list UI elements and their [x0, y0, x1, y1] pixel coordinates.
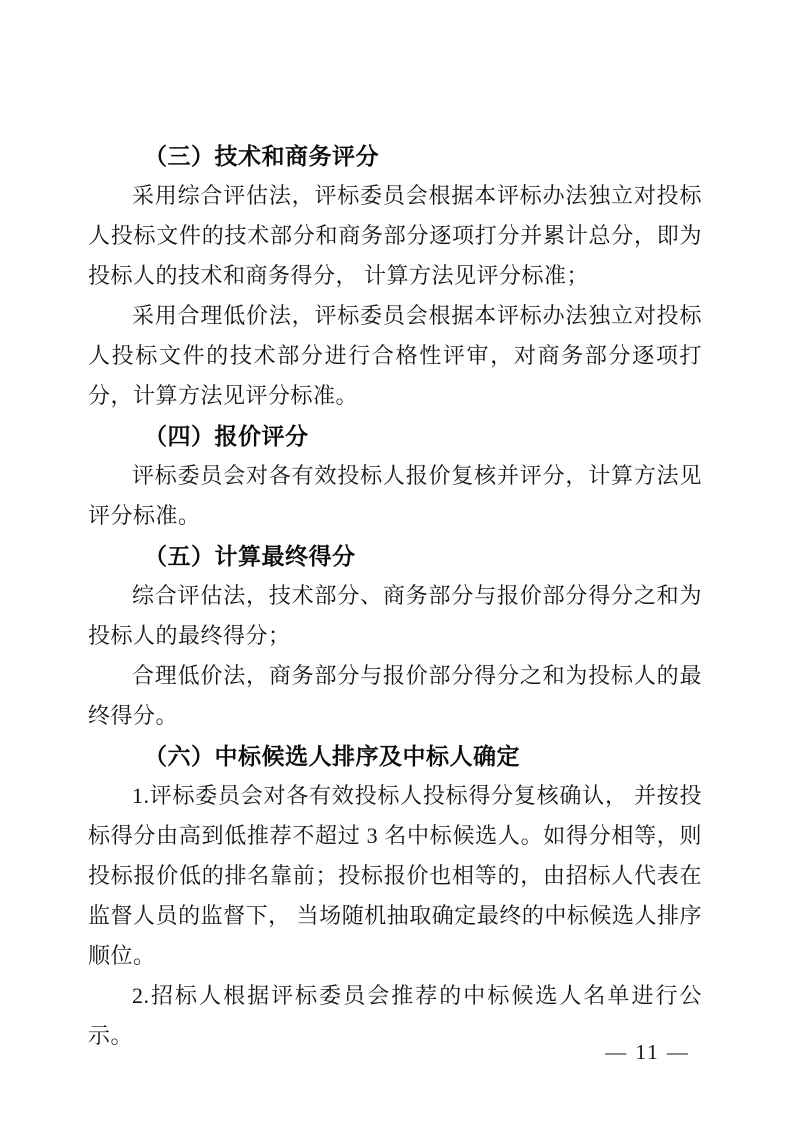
- paragraph: 综合评估法，技术部分、商务部分与报价部分得分之和为投标人的最终得分；: [88, 576, 702, 656]
- section-heading: （四）报价评分: [88, 416, 702, 456]
- paragraph: 采用合理低价法，评标委员会根据本评标办法独立对投标人投标文件的技术部分进行合格性…: [88, 296, 702, 416]
- section-heading: （六）中标候选人排序及中标人确定: [88, 736, 702, 776]
- paragraph: 采用综合评估法，评标委员会根据本评标办法独立对投标人投标文件的技术部分和商务部分…: [88, 176, 702, 296]
- section-heading: （三）技术和商务评分: [88, 136, 702, 176]
- paragraph: 评标委员会对各有效投标人报价复核并评分，计算方法见评分标准。: [88, 456, 702, 536]
- paragraph: 合理低价法，商务部分与报价部分得分之和为投标人的最终得分。: [88, 656, 702, 736]
- document-content: （三）技术和商务评分采用综合评估法，评标委员会根据本评标办法独立对投标人投标文件…: [88, 136, 702, 1056]
- page-number: — 11 —: [605, 1040, 690, 1064]
- section-heading: （五）计算最终得分: [88, 536, 702, 576]
- document-page: （三）技术和商务评分采用综合评估法，评标委员会根据本评标办法独立对投标人投标文件…: [0, 0, 793, 1122]
- paragraph: 1.评标委员会对各有效投标人投标得分复核确认， 并按投标得分由高到低推荐不超过 …: [88, 776, 702, 976]
- page-footer: — 11 —: [605, 1040, 690, 1065]
